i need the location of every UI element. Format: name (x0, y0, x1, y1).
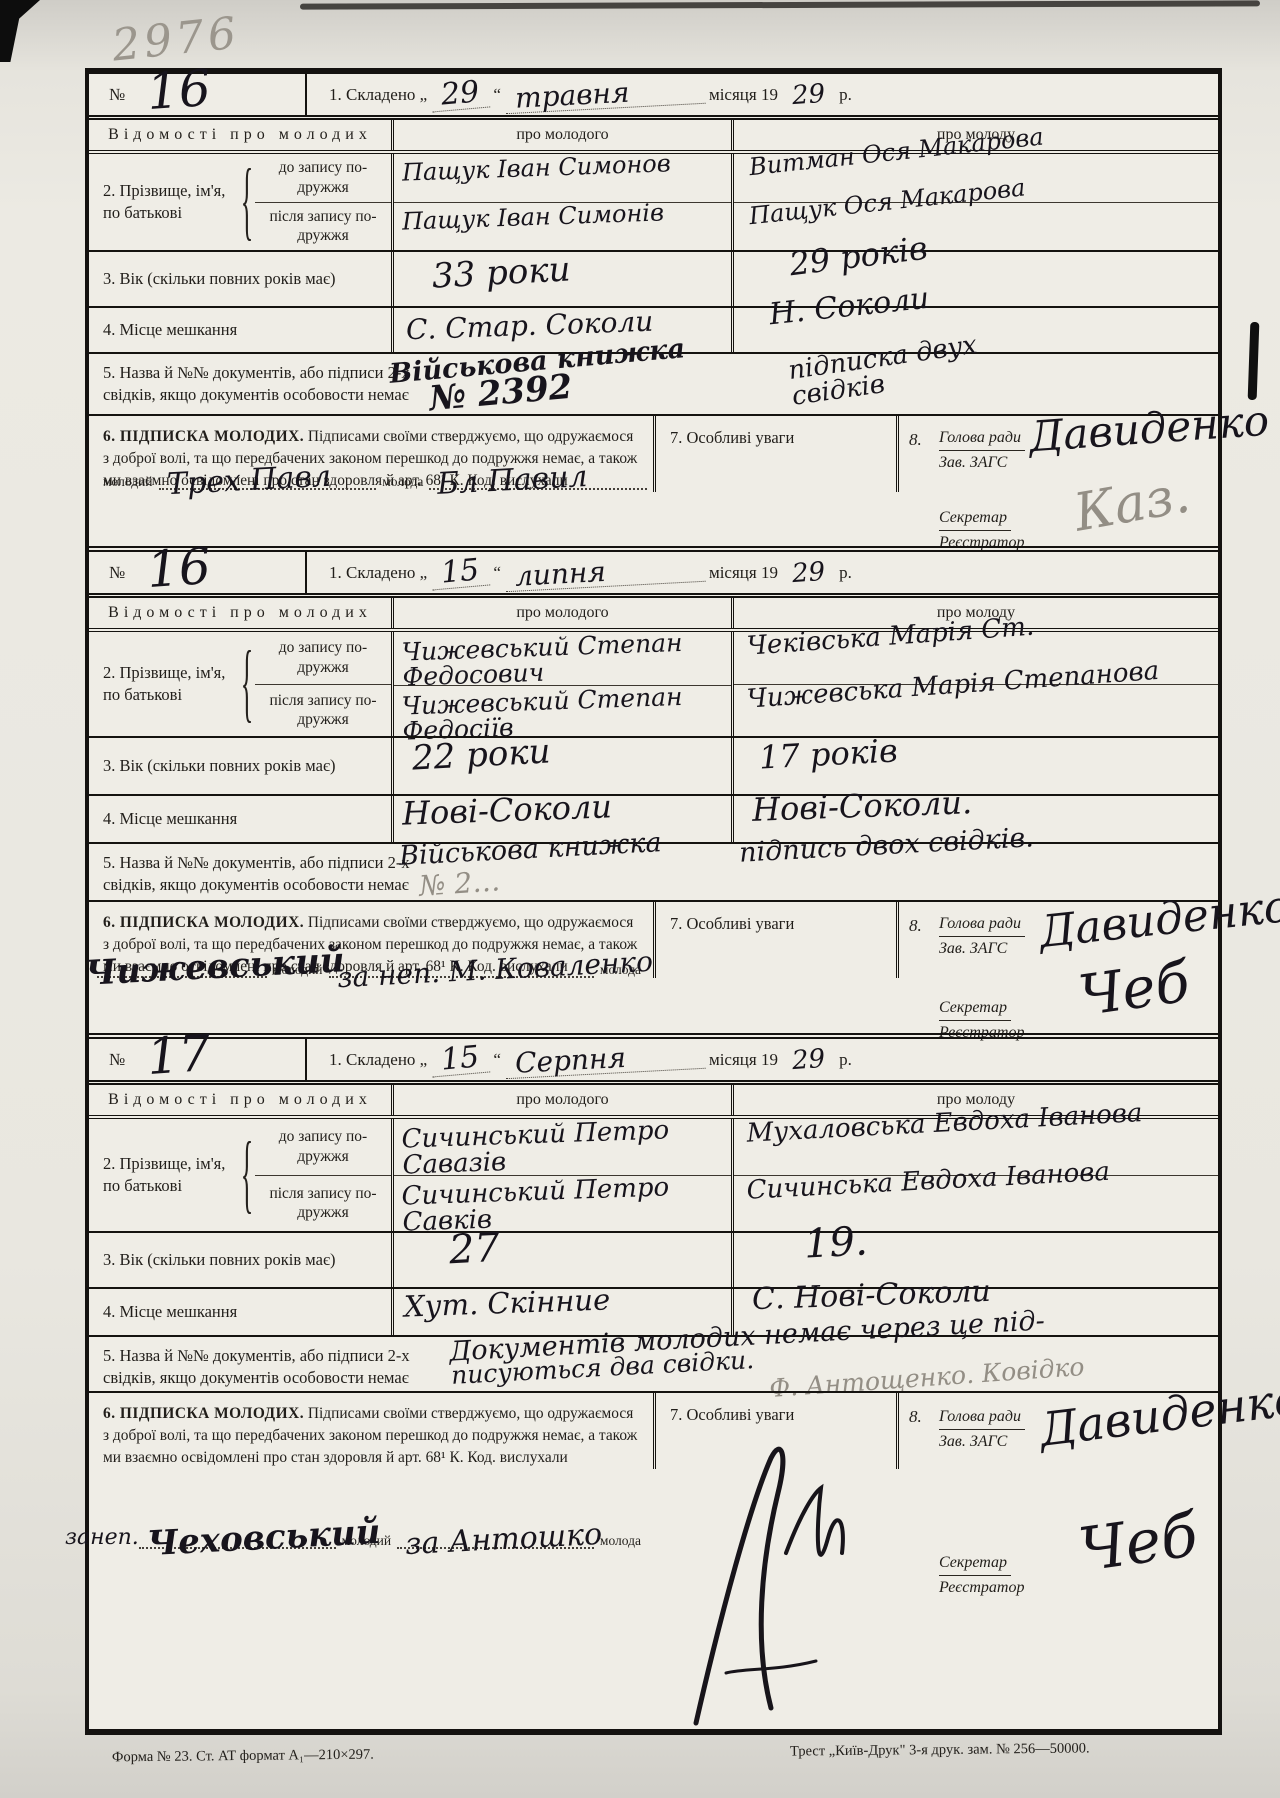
year-suffix: р. (839, 1050, 852, 1070)
head-of-council-label: Голова ради Зав. ЗАГС (939, 914, 1025, 960)
names-label-line1: 2. Прізвище, ім'я, (103, 1153, 239, 1175)
month-label: місяця 19 (709, 563, 778, 583)
compiled-label: 1. Складено „ (329, 563, 427, 583)
names-label-line2: по батькові (103, 1175, 239, 1197)
month-label: місяця 19 (709, 85, 778, 105)
month-value: липня (504, 553, 705, 592)
remarks-label: 7. Особливі уваги (670, 1405, 794, 1424)
groom-name-after: Чижевський Степан Федосіїв (401, 682, 728, 743)
form-imprint-left: Форма № 23. Ст. АТ формат А₁—210×297. (112, 1747, 374, 1767)
documents-label-line2: свідків, якщо документів особовости нема… (103, 875, 409, 894)
names-label-line2: по батькові (103, 684, 239, 706)
documents-label: 5. Назва й №№ документів, або підписи 2-… (103, 852, 410, 897)
year-suffix: р. (839, 563, 852, 583)
number-label: № (109, 1050, 125, 1070)
pledge-title: 6. ПІДПИСКА МОЛОДИХ. (103, 914, 304, 931)
age-row: 3. Вік (скільки повних років має) 27 19. (89, 1231, 1218, 1287)
bride-signature-area: за Антошко (397, 1521, 594, 1549)
documents-label: 5. Назва й №№ документів, або підписи 2-… (103, 1345, 410, 1390)
bride-signature: за неп. М. Коваленко (336, 947, 653, 992)
head-label-line2: Зав. ЗАГС (939, 451, 1025, 474)
year-suffix: р. (839, 85, 852, 105)
before-line1: до запису по- (279, 1127, 367, 1146)
remarks-label: 7. Особливі уваги (670, 428, 794, 447)
after-marriage-label: після запису по- дружжя (255, 685, 391, 737)
print-shop-imprint: Трест „Київ-Друк" 3-я друк. зам. № 256—5… (790, 1740, 1090, 1760)
after-line2: дружжя (297, 710, 349, 729)
remarks-cell: 7. Особливі уваги (656, 902, 899, 978)
record-number-value: 17 (146, 1027, 213, 1081)
age-label: 3. Вік (скільки повних років має) (89, 738, 394, 794)
col-header-groom: про молодого (394, 120, 734, 150)
couple-signature-line: занеп. Чеховський молодий за Антошко мол… (65, 1521, 647, 1549)
compiled-label: 1. Складено „ (329, 1050, 427, 1070)
names-row: 2. Прізвище, ім'я, по батькові { до запи… (89, 632, 1218, 736)
bride-names: Чеківська Марія Ст. Чижевська Марія Степ… (734, 632, 1218, 736)
pledge-cell: 6. ПІДПИСКА МОЛОДИХ. Підписами своїми ст… (89, 1393, 656, 1469)
bride-residence: Нові-Соколи. (752, 786, 973, 826)
groom-signature-area: Чеховський (139, 1521, 336, 1549)
secretary-label: Секретар Реєстратор (939, 1553, 1024, 1599)
secretary-label-line1: Секретар (939, 1553, 1011, 1576)
remarks-cell: 7. Особливі уваги (656, 1393, 899, 1469)
number-label: № (109, 563, 125, 583)
residence-label: 4. Місце мешкання (89, 1289, 394, 1335)
groom-names: Чижевський Степан Федосович Чижевський С… (394, 632, 734, 736)
number-label: № (109, 85, 125, 105)
pledge-row: 6. ПІДПИСКА МОЛОДИХ. Підписами своїми ст… (89, 1391, 1218, 1469)
documents-label: 5. Назва й №№ документів, або підписи 2-… (103, 362, 410, 407)
bride-names: Витман Ося Макарова Пащук Ося Макарова (734, 154, 1218, 250)
scan-top-edge-streak (300, 0, 1260, 9)
month-label: місяця 19 (709, 1050, 778, 1070)
documents-row: 5. Назва й №№ документів, або підписи 2-… (89, 1335, 1218, 1391)
age-row: 3. Вік (скільки повних років має) 33 рок… (89, 250, 1218, 306)
names-sublabels: до запису по- дружжя після запису по- др… (255, 154, 394, 250)
secretary-signature: Каз. (1070, 468, 1193, 539)
age-label: 3. Вік (скільки повних років має) (89, 252, 394, 306)
officials-number: 8. (909, 1407, 922, 1427)
groom-documents-line2: № 2… (418, 867, 501, 901)
groom-name-after: Сичинський Петро Савків (401, 1172, 728, 1235)
officials-cell: 8. Голова ради Зав. ЗАГС Давиденко Секре… (899, 902, 1218, 978)
quote-close: “ (493, 85, 501, 105)
record-number-cell: № 17 (89, 1039, 307, 1080)
pledge-row: 6. ПІДПИСКА МОЛОДИХ. Підписами своїми ст… (89, 414, 1218, 492)
col-header-groom: про молодого (394, 598, 734, 628)
remarks-label: 7. Особливі уваги (670, 914, 794, 933)
before-marriage-label: до запису по- дружжя (255, 154, 391, 203)
head-label-line2: Зав. ЗАГС (939, 1430, 1025, 1453)
officials-cell: 8. Голова ради Зав. ЗАГС Давиденко Секре… (899, 416, 1218, 492)
record-number-cell: № 16 (89, 552, 307, 593)
registry-form: № 16 1. Складено „ 29 “ травня місяця 19… (85, 68, 1222, 1735)
groom-signature: Чеховський (146, 1515, 381, 1561)
documents-row: 5. Назва й №№ документів, або підписи 2-… (89, 842, 1218, 900)
documents-label-line2: свідків, якщо документів особовости нема… (103, 385, 409, 404)
documents-label-line2: свідків, якщо документів особовости нема… (103, 1368, 409, 1387)
groom-age: 27 (448, 1228, 501, 1271)
groom-residence: Нові-Соколи (402, 790, 613, 829)
binding-mark (1248, 322, 1260, 400)
groom-signature: Чижевський (84, 943, 345, 991)
after-marriage-label: після запису по- дружжя (255, 203, 391, 251)
date-line: 1. Складено „ 15 “ Серпня місяця 19 29 р… (307, 1039, 1218, 1080)
documents-label-line1: 5. Назва й №№ документів, або підписи 2-… (103, 363, 410, 382)
pledge-row: 6. ПІДПИСКА МОЛОДИХ. Підписами своїми ст… (89, 900, 1218, 978)
before-line2: дружжя (297, 1147, 349, 1166)
secretary-label-line2: Реєстратор (939, 1576, 1024, 1599)
bride-signature-area: за неп. М. Коваленко (329, 950, 594, 978)
names-label: 2. Прізвище, ім'я, по батькові (89, 632, 239, 736)
date-line: 1. Складено „ 15 “ липня місяця 19 29 р. (307, 552, 1218, 593)
record-header: № 16 1. Складено „ 29 “ травня місяця 19… (89, 74, 1218, 120)
names-sublabels: до запису по- дружжя після запису по- др… (255, 632, 394, 736)
month-value: травня (504, 75, 705, 114)
record-17-august: № 17 1. Складено „ 15 “ Серпня місяця 19… (89, 1033, 1218, 1729)
day-value: 29 (430, 77, 491, 113)
ink-scrawl (666, 1433, 886, 1733)
record-16-may: № 16 1. Складено „ 29 “ травня місяця 19… (89, 74, 1218, 546)
record-header: № 16 1. Складено „ 15 “ липня місяця 19 … (89, 552, 1218, 598)
names-row: 2. Прізвище, ім'я, по батькові { до запи… (89, 154, 1218, 250)
names-label-line1: 2. Прізвище, ім'я, (103, 180, 239, 202)
before-marriage-label: до запису по- дружжя (255, 632, 391, 685)
groom-signature: Трех Павл (166, 461, 331, 500)
groom-name-before: Чижевський Степан Федосович (401, 628, 728, 689)
year-value: 29 (781, 558, 836, 588)
remarks-cell: 7. Особливі уваги (656, 416, 899, 492)
bride-names: Мухаловська Евдоха Іванова Сичинська Евд… (734, 1119, 1218, 1231)
names-label: 2. Прізвище, ім'я, по батькові (89, 1119, 239, 1231)
groom-signature-area: Чижевський (97, 950, 267, 978)
pledge-title: 6. ПІДПИСКА МОЛОДИХ. (103, 428, 304, 445)
pledge-cell: 6. ПІДПИСКА МОЛОДИХ. Підписами своїми ст… (89, 902, 656, 978)
before-line1: до запису по- (279, 638, 367, 657)
illiterate-note: занеп. (65, 1527, 139, 1549)
bride-signature-area: Бл Павил (429, 462, 647, 490)
officials-cell: 8. Голова ради Зав. ЗАГС Давиденко Секре… (899, 1393, 1218, 1469)
after-marriage-label: після запису по- дружжя (255, 1176, 391, 1232)
after-line1: після запису по- (269, 1184, 376, 1203)
quote-close: “ (493, 1050, 501, 1070)
record-header: № 17 1. Складено „ 15 “ Серпня місяця 19… (89, 1039, 1218, 1085)
names-label-line1: 2. Прізвище, ім'я, (103, 662, 239, 684)
month-value: Серпня (504, 1040, 705, 1079)
residence-label: 4. Місце мешкання (89, 796, 394, 842)
couple-signature-line: Чижевський молодий за неп. М. Коваленко … (97, 950, 647, 978)
groom-residence: Хут. Скінние (404, 1285, 611, 1321)
record-number-value: 16 (146, 62, 213, 116)
names-sublabels: до запису по- дружжя після запису по- др… (255, 1119, 394, 1231)
groom-signature-area: Трех Павл (159, 462, 377, 490)
after-line2: дружжя (297, 1203, 349, 1222)
names-label: 2. Прізвище, ім'я, по батькові (89, 154, 239, 250)
groom-names: Пащук Іван Симонов Пащук Іван Симонів (394, 154, 734, 250)
pledge-title: 6. ПІДПИСКА МОЛОДИХ. (103, 1405, 304, 1422)
secretary-signature: Чеб (1076, 955, 1193, 1026)
bride-signature: Бл Павил (437, 462, 589, 500)
date-line: 1. Складено „ 29 “ травня місяця 19 29 р… (307, 74, 1218, 115)
secretary-signature: Чеб (1075, 1505, 1201, 1581)
scan-corner-blob (0, 0, 40, 62)
groom-name-after: Пащук Іван Симонів (402, 200, 665, 233)
after-line1: після запису по- (269, 691, 376, 710)
pledge-text: 6. ПІДПИСКА МОЛОДИХ. Підписами своїми ст… (103, 1403, 639, 1469)
record-16-july: № 16 1. Складено „ 15 “ липня місяця 19 … (89, 546, 1218, 1033)
names-label-line2: по батькові (103, 202, 239, 224)
quote-close: “ (493, 563, 501, 583)
groom-documents-line2: № 2392 (428, 370, 574, 416)
bride-age: 19. (803, 1221, 869, 1264)
day-value: 15 (430, 555, 491, 591)
bride-signature: за Антошко (404, 1520, 602, 1560)
after-line1: після запису по- (269, 207, 376, 226)
after-line2: дружжя (297, 226, 349, 245)
groom-sig-label: молодий (97, 474, 159, 490)
documents-label-line1: 5. Назва й №№ документів, або підписи 2-… (103, 853, 410, 872)
record-number-value: 16 (146, 540, 213, 594)
year-value: 29 (781, 80, 836, 110)
before-line2: дружжя (297, 658, 349, 677)
column-headers: Відомості про молодих про молодого про м… (89, 598, 1218, 632)
secretary-label-line1: Секретар (939, 508, 1011, 531)
before-line1: до запису по- (279, 158, 367, 177)
couple-signature-line: молодий Трех Павл молода Бл Павил (97, 462, 647, 490)
col-header-groom: про молодого (394, 1085, 734, 1115)
residence-label: 4. Місце мешкання (89, 308, 394, 352)
groom-name-before: Сичинський Петро Савазів (401, 1115, 728, 1178)
groom-age: 33 роки (431, 252, 571, 293)
officials-number: 8. (909, 430, 922, 450)
bride-sig-label: молода (376, 474, 429, 490)
before-line2: дружжя (297, 178, 349, 197)
head-of-council-label: Голова ради Зав. ЗАГС (939, 1407, 1025, 1453)
head-label-line2: Зав. ЗАГС (939, 937, 1025, 960)
day-value: 15 (430, 1042, 491, 1078)
record-number-cell: № 16 (89, 74, 307, 115)
pledge-cell: 6. ПІДПИСКА МОЛОДИХ. Підписами своїми ст… (89, 416, 656, 492)
head-label-line1: Голова ради (939, 914, 1025, 937)
compiled-label: 1. Складено „ (329, 85, 427, 105)
head-label-line1: Голова ради (939, 428, 1025, 451)
documents-row: 5. Назва й №№ документів, або підписи 2-… (89, 352, 1218, 414)
groom-names: Сичинський Петро Савазів Сичинський Петр… (394, 1119, 734, 1231)
secretary-label-line1: Секретар (939, 998, 1011, 1021)
names-row: 2. Прізвище, ім'я, по батькові { до запи… (89, 1119, 1218, 1231)
age-label: 3. Вік (скільки повних років має) (89, 1233, 394, 1287)
age-row: 3. Вік (скільки повних років має) 22 рок… (89, 736, 1218, 794)
bride-age: 17 років (758, 734, 898, 773)
head-of-council-label: Голова ради Зав. ЗАГС (939, 428, 1025, 474)
officials-number: 8. (909, 916, 922, 936)
before-marriage-label: до запису по- дружжя (255, 1119, 391, 1176)
year-value: 29 (781, 1045, 836, 1075)
groom-age: 22 роки (411, 734, 551, 775)
head-label-line1: Голова ради (939, 1407, 1025, 1430)
groom-name-before: Пащук Іван Симонов (402, 151, 671, 184)
documents-label-line1: 5. Назва й №№ документів, або підписи 2-… (103, 1346, 410, 1365)
register-page: 2976 № 16 1. Складено „ 29 “ травня міся… (0, 0, 1280, 1798)
